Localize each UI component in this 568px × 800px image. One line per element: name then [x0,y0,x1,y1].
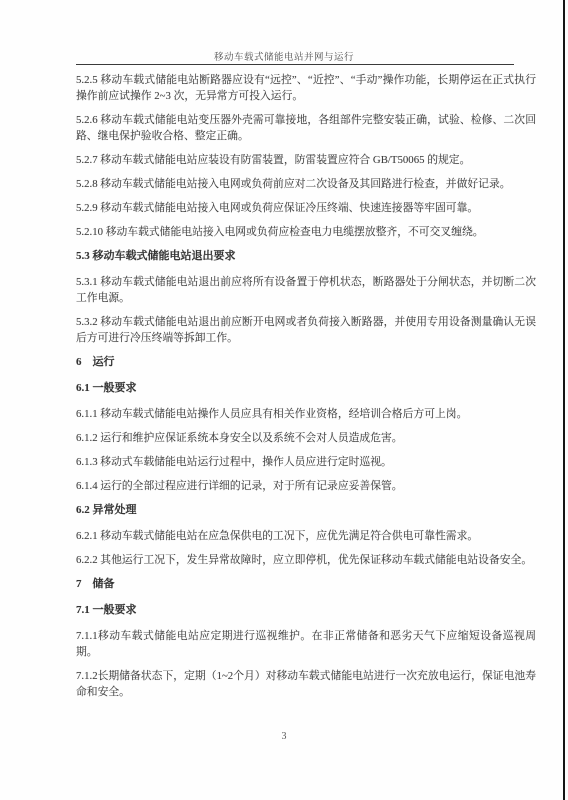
section-heading: 6.2 异常处理 [76,502,536,518]
paragraph: 6.1.1 移动车载式储能电站操作人员应具有相关作业资格，经培训合格后方可上岗。 [76,406,536,422]
scan-edge-line [563,0,565,800]
document-page: 移动车载式储能电站并网与运行 5.2.5 移动车载式储能电站断路器应设有“远控”… [0,0,568,800]
paragraph: 7.1.2长期储备状态下，定期（1~2个月）对移动车载式储能电站进行一次充放电运… [76,668,536,700]
paragraph: 6.2.1 移动车载式储能电站在应急保供电的工况下，应优先满足符合供电可靠性需求… [76,528,536,544]
paragraph: 5.2.8 移动车载式储能电站接入电网或负荷前应对二次设备及其回路进行检查，并做… [76,176,536,192]
paragraph: 5.2.9 移动车载式储能电站接入电网或负荷应保证冷压终端、快速连接器等牢固可靠… [76,200,536,216]
page-header: 移动车载式储能电站并网与运行 [0,49,568,63]
paragraph: 5.2.7 移动车载式储能电站应装设有防雷装置，防雷装置应符合 GB/T5006… [76,152,536,168]
section-heading: 7.1 一般要求 [76,602,536,618]
header-rule [76,64,514,65]
paragraph: 5.2.6 移动车载式储能电站变压器外壳需可靠接地，各组部件完整安装正确，试验、… [76,112,536,144]
document-body: 5.2.5 移动车载式储能电站断路器应设有“远控”、“近控”、“手动”操作功能，… [76,72,536,708]
section-heading: 7 储备 [76,576,536,592]
section-heading: 6 运行 [76,354,536,370]
paragraph: 6.1.3 移动式车载储能电站运行过程中，操作人员应进行定时巡视。 [76,454,536,470]
paragraph: 6.1.4 运行的全部过程应进行详细的记录，对于所有记录应妥善保管。 [76,478,536,494]
paragraph: 7.1.1移动车载式储能电站应定期进行巡视维护。在非正常储备和恶劣天气下应缩短设… [76,628,536,660]
paragraph: 6.2.2 其他运行工况下，发生异常故障时，应立即停机，优先保证移动车载式储能电… [76,552,536,568]
paragraph: 5.2.10 移动车载式储能电站接入电网或负荷应检查电力电缆摆放整齐，不可交叉缠… [76,224,536,240]
paragraph: 5.2.5 移动车载式储能电站断路器应设有“远控”、“近控”、“手动”操作功能，… [76,72,536,104]
paragraph: 5.3.1 移动车载式储能电站退出前应将所有设备置于停机状态，断路器处于分闸状态… [76,274,536,306]
paragraph: 5.3.2 移动车载式储能电站退出前应断开电网或者负荷接入断路器，并使用专用设备… [76,314,536,346]
section-heading: 6.1 一般要求 [76,380,536,396]
section-heading: 5.3 移动车载式储能电站退出要求 [76,248,536,264]
paragraph: 6.1.2 运行和维护应保证系统本身安全以及系统不会对人员造成危害。 [76,430,536,446]
page-number: 3 [0,731,568,742]
